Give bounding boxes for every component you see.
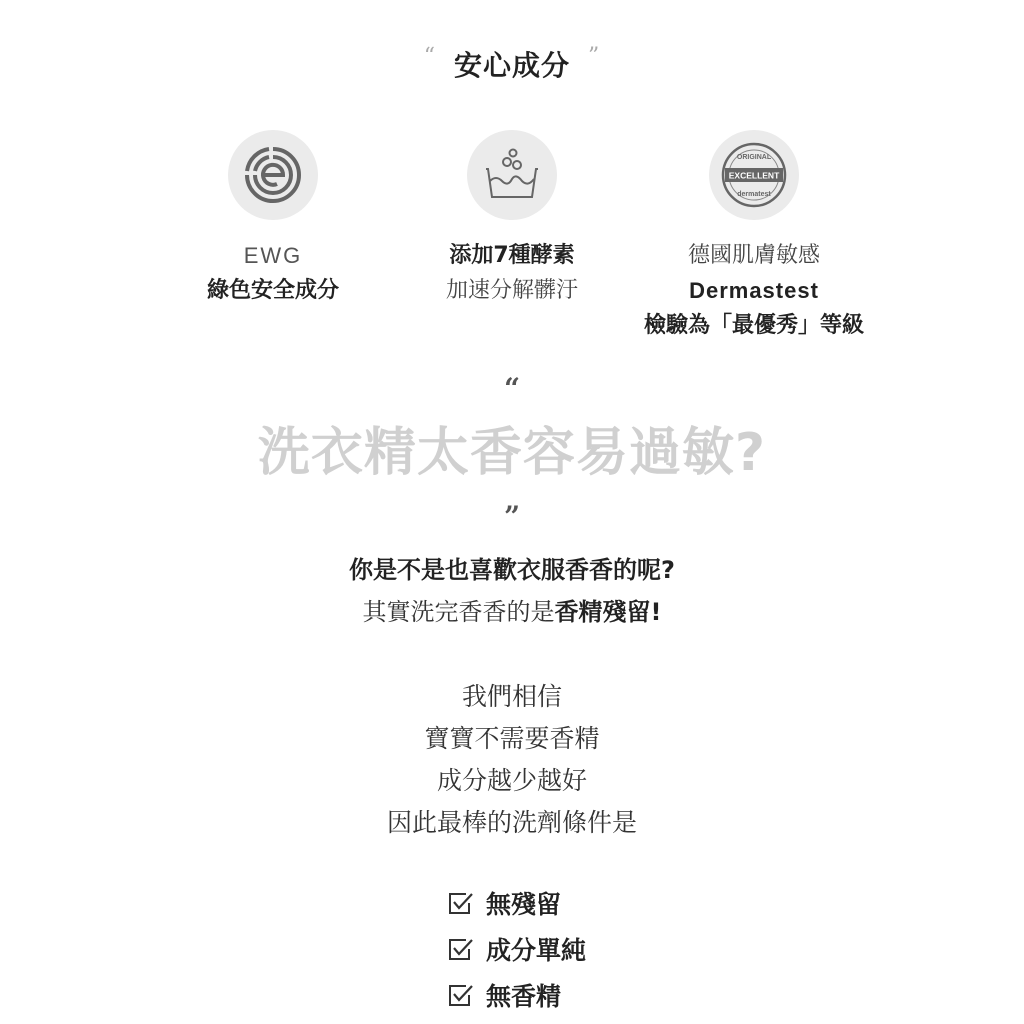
question-line-1: 你是不是也喜歡衣服香香的呢? xyxy=(0,550,1024,585)
feature-icon-circle xyxy=(467,130,557,220)
feature-ewg-label: EWG xyxy=(133,238,413,273)
section-title: “安心成分” xyxy=(0,44,1024,84)
feature-enzymes-desc: 加速分解髒汙 xyxy=(372,273,652,308)
checklist-item: 無香精 xyxy=(448,972,586,1018)
feature-icon-circle: EXCELLENT ORIGINAL dermatest xyxy=(709,130,799,220)
section-title-text: 安心成分 xyxy=(454,49,570,82)
feature-enzymes-title: 添加7種酵素 xyxy=(372,238,652,273)
feature-ewg-desc: 綠色安全成分 xyxy=(133,273,413,308)
checklist-item-label: 成分單純 xyxy=(486,931,586,967)
belief-paragraph: 我們相信 寶寶不需要香精 成分越少越好 因此最棒的洗劑條件是 xyxy=(0,676,1024,844)
checkbox-checked-icon xyxy=(448,983,474,1007)
svg-text:EXCELLENT: EXCELLENT xyxy=(729,171,780,181)
belief-line: 寶寶不需要香精 xyxy=(0,718,1024,760)
belief-line: 成分越少越好 xyxy=(0,760,1024,802)
question-line-2: 其實洗完香香的是香精殘留! xyxy=(0,592,1024,627)
headline-open-quote: “ xyxy=(0,372,1024,405)
svg-text:ORIGINAL: ORIGINAL xyxy=(737,154,772,161)
feature-ewg: EWG 綠色安全成分 xyxy=(133,130,413,308)
wash-basin-bubbles-icon xyxy=(482,145,542,205)
checklist-item: 成分單純 xyxy=(448,926,586,972)
headline: 洗衣精太香容易過敏? xyxy=(0,410,1024,485)
checkbox-checked-icon xyxy=(448,891,474,915)
feature-dermatest: EXCELLENT ORIGINAL dermatest 德國肌膚敏感 Derm… xyxy=(614,130,894,343)
checklist: 無殘留 成分單純 無香精 xyxy=(448,880,586,1018)
ewg-logo-icon xyxy=(243,145,303,205)
checkbox-checked-icon xyxy=(448,937,474,961)
feature-enzymes: 添加7種酵素 加速分解髒汙 xyxy=(372,130,652,308)
checklist-item-label: 無香精 xyxy=(486,977,561,1013)
dermatest-excellent-seal-icon: EXCELLENT ORIGINAL dermatest xyxy=(719,140,789,210)
question-line-2-prefix: 其實洗完香香的是 xyxy=(363,598,555,626)
belief-line: 因此最棒的洗劑條件是 xyxy=(0,802,1024,844)
feature-dermatest-brand: Dermastest xyxy=(614,273,894,308)
feature-icon-circle xyxy=(228,130,318,220)
belief-line: 我們相信 xyxy=(0,676,1024,718)
feature-dermatest-title: 德國肌膚敏感 xyxy=(614,238,894,273)
svg-text:dermatest: dermatest xyxy=(737,191,771,198)
feature-dermatest-grade: 檢驗為「最優秀」等級 xyxy=(614,308,894,343)
headline-close-quote: ” xyxy=(0,500,1024,533)
close-quote-mark: ” xyxy=(588,44,600,69)
checklist-item: 無殘留 xyxy=(448,880,586,926)
open-quote-mark: “ xyxy=(424,44,436,69)
checklist-item-label: 無殘留 xyxy=(486,885,561,921)
question-line-2-emphasis: 香精殘留! xyxy=(555,598,662,626)
